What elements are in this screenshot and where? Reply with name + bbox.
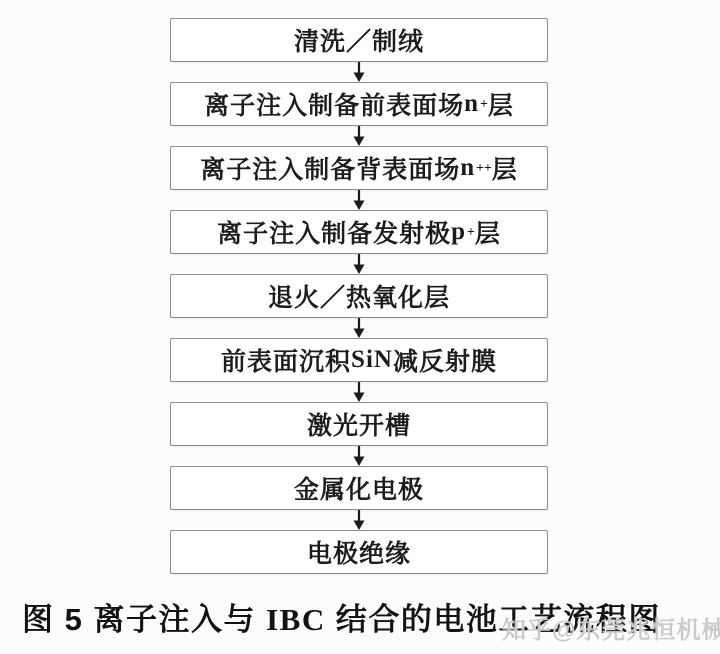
label-part: 离子注入制备背表面场 [200,150,460,186]
label-part: 金属化电极 [294,470,424,506]
label-part: IBC [266,602,326,637]
flow-step-anneal-thermal-oxidation: 退火／热氧化层 [170,274,548,318]
flow-step-metallization-electrodes: 金属化电极 [170,466,548,510]
arrow-down-icon [352,446,366,466]
label-part: 离子注入制备发射极 [217,214,451,250]
label-part: p [451,218,466,246]
arrow-down-icon [352,126,366,146]
arrow-down-icon [352,510,366,530]
label-part: 前表面沉积 [221,342,351,378]
label-part: 减反射膜 [393,342,497,378]
arrow-down-icon [352,62,366,82]
flow-step-ion-implant-front-surface-field: 离子注入制备前表面场 n+ 层 [170,82,548,126]
label-part: 层 [488,86,514,122]
arrow-down-icon [352,318,366,338]
process-flowchart: 清洗／制绒离子注入制备前表面场 n+ 层离子注入制备背表面场 n++ 层离子注入… [170,18,548,574]
label-part: 层 [475,214,501,250]
label-part: 电极绝缘 [307,534,411,570]
label-part: 层 [492,150,518,186]
flow-step-electrode-insulation: 电极绝缘 [170,530,548,574]
label-part: 退火／热氧化层 [268,278,450,314]
label-part: 离子注入制备前表面场 [204,86,464,122]
label-part: + [480,97,488,111]
label-part: n [464,90,479,118]
flow-step-laser-grooving: 激光开槽 [170,402,548,446]
label-part: n [460,154,475,182]
arrow-down-icon [352,190,366,210]
label-part: 清洗／制绒 [294,22,424,58]
label-part: 图 5 离子注入与 [22,602,266,637]
flow-step-ion-implant-emitter: 离子注入制备发射极 p+ 层 [170,210,548,254]
figure-page: 清洗／制绒离子注入制备前表面场 n+ 层离子注入制备背表面场 n++ 层离子注入… [0,0,720,654]
label-part: ++ [476,161,492,175]
flow-step-ion-implant-back-surface-field: 离子注入制备背表面场 n++ 层 [170,146,548,190]
flow-step-cleaning-texturing: 清洗／制绒 [170,18,548,62]
watermark: 知乎@东莞兆恒机械 [502,610,720,645]
label-part: 激光开槽 [307,406,411,442]
label-part: + [467,225,475,239]
arrow-down-icon [352,254,366,274]
flow-step-front-surface-sin-arc-deposition: 前表面沉积 SiN 减反射膜 [170,338,548,382]
arrow-down-icon [352,382,366,402]
label-part: SiN [351,346,393,374]
